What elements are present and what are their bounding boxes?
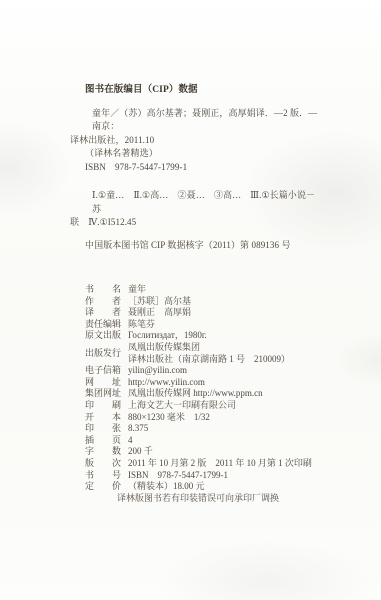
colophon-row: 电子信箱yilin@yilin.com <box>85 365 325 377</box>
colophon-value-line: （精装本）18.00 元 <box>128 481 205 493</box>
colophon-value-line: ISBN 978-7-5447-1799-1 <box>128 470 228 482</box>
cip-record-line-1: 童年／（苏）高尔基著；聂刚正，高厚娟译．—2 版．—南京： <box>92 107 318 134</box>
colophon-row-label: 网 址 <box>85 377 123 389</box>
colophon-value-line: 上海文艺大一印刷有限公司 <box>128 400 236 412</box>
colophon-value-line: 译林出版社（南京湖南路 1 号 210009） <box>128 354 290 366</box>
colophon-row-value: 200 千 <box>128 446 153 458</box>
colophon-row-value: 880×1230 毫米 1/32 <box>128 412 210 424</box>
colophon-row-value: ISBN 978-7-5447-1799-1 <box>128 470 228 482</box>
colophon-row-value: yilin@yilin.com <box>128 365 187 377</box>
colophon-row-label: 书 名 <box>85 284 123 296</box>
colophon-value-line: yilin@yilin.com <box>128 365 187 377</box>
colophon-row-label: 书 号 <box>85 470 123 482</box>
colophon-value-line: 880×1230 毫米 1/32 <box>128 412 210 424</box>
cip-series-line: （译林名著精选） <box>85 147 318 161</box>
colophon-row: 插 页4 <box>85 435 325 447</box>
colophon-value-line: 4 <box>128 435 133 447</box>
colophon-row-label: 印 刷 <box>85 400 123 412</box>
colophon-row: 印 刷上海文艺大一印刷有限公司 <box>85 400 325 412</box>
colophon-row-value: 上海文艺大一印刷有限公司 <box>128 400 236 412</box>
colophon-row-value: http://www.yilin.com <box>128 377 205 389</box>
colophon-value-line: 凤凰出版传媒集团 <box>128 342 290 354</box>
colophon-row-value: 陈笔芬 <box>128 319 155 331</box>
colophon-row-label: 译 者 <box>85 307 123 319</box>
colophon-row-value: 4 <box>128 435 133 447</box>
colophon-value-line: ［苏联］高尔基 <box>128 296 191 308</box>
colophon-row-value: 2011 年 10 月第 2 版 2011 年 10 月第 1 次印刷 <box>128 458 312 470</box>
colophon-row-label: 作 者 <box>85 296 123 308</box>
colophon-row-value: 8.375 <box>128 423 148 435</box>
colophon-row: 责任编辑陈笔芬 <box>85 319 325 331</box>
colophon-row: 开 本880×1230 毫米 1/32 <box>85 412 325 424</box>
colophon-row: 版 次2011 年 10 月第 2 版 2011 年 10 月第 1 次印刷 <box>85 458 325 470</box>
reprint-exchange-note: 译林版图书若有印装错误可向承印厂调换 <box>117 493 325 505</box>
colophon-row: 印 张8.375 <box>85 423 325 435</box>
cip-isbn-line: ISBN 978-7-5447-1799-1 <box>85 161 318 175</box>
colophon-row-label: 版 次 <box>85 458 123 470</box>
colophon-row-label: 出版发行 <box>85 348 123 360</box>
colophon-row: 译 者聂刚正 高厚娟 <box>85 307 325 319</box>
colophon-value-line: Гослитиздат，1980г. <box>128 330 207 342</box>
colophon-row-label: 字 数 <box>85 446 123 458</box>
colophon-row: 出版发行凤凰出版传媒集团译林出版社（南京湖南路 1 号 210009） <box>85 342 325 365</box>
colophon-row-label: 印 张 <box>85 423 123 435</box>
cip-heading: 图书在版编目（CIP）数据 <box>85 84 318 98</box>
colophon-row-value: （精装本）18.00 元 <box>128 481 205 493</box>
colophon-row: 书 名童年 <box>85 284 325 296</box>
colophon-row-label: 定 价 <box>85 481 123 493</box>
colophon-row-label: 集团网址 <box>85 388 123 400</box>
cip-registry-line: 中国版本图书馆 CIP 数据核字（2011）第 089136 号 <box>85 239 318 253</box>
colophon-row-label: 电子信箱 <box>85 365 123 377</box>
colophon-value-line: 陈笔芬 <box>128 319 155 331</box>
colophon-row: 集团网址凤凰出版传媒网 http://www.ppm.cn <box>85 388 325 400</box>
colophon-value-line: 凤凰出版传媒网 http://www.ppm.cn <box>128 388 263 400</box>
colophon-row: 书 号ISBN 978-7-5447-1799-1 <box>85 470 325 482</box>
colophon-row-value: 凤凰出版传媒网 http://www.ppm.cn <box>128 388 263 400</box>
colophon-row-value: Гослитиздат，1980г. <box>128 330 207 342</box>
colophon-row-value: 聂刚正 高厚娟 <box>128 307 191 319</box>
colophon-value-line: 8.375 <box>128 423 148 435</box>
cip-classification-line-2: 联 Ⅳ.①I512.45 <box>70 216 318 230</box>
colophon-value-line: 童年 <box>128 284 146 296</box>
colophon-row-label: 责任编辑 <box>85 319 123 331</box>
colophon-row-label: 开 本 <box>85 412 123 424</box>
colophon-row: 定 价（精装本）18.00 元 <box>85 481 325 493</box>
cip-classification-line-1: Ⅰ.①童… Ⅱ.①高… ②聂… ③高… Ⅲ.①长篇小说－苏 <box>92 189 318 216</box>
colophon-row: 作 者［苏联］高尔基 <box>85 296 325 308</box>
colophon-value-line: 200 千 <box>128 446 153 458</box>
colophon-value-line: 2011 年 10 月第 2 版 2011 年 10 月第 1 次印刷 <box>128 458 312 470</box>
colophon-row: 原文出版Гослитиздат，1980г. <box>85 330 325 342</box>
colophon-row-label: 插 页 <box>85 435 123 447</box>
colophon-table: 书 名童年作 者［苏联］高尔基译 者聂刚正 高厚娟责任编辑陈笔芬原文出版Госл… <box>85 284 325 505</box>
cip-data-block: 图书在版编目（CIP）数据 童年／（苏）高尔基著；聂刚正，高厚娟译．—2 版．—… <box>70 84 318 252</box>
colophon-value-line: http://www.yilin.com <box>128 377 205 389</box>
colophon-row: 字 数200 千 <box>85 446 325 458</box>
colophon-row-value: 童年 <box>128 284 146 296</box>
colophon-value-line: 聂刚正 高厚娟 <box>128 307 191 319</box>
colophon-row: 网 址http://www.yilin.com <box>85 377 325 389</box>
colophon-row-value: 凤凰出版传媒集团译林出版社（南京湖南路 1 号 210009） <box>128 342 290 365</box>
copyright-page: 图书在版编目（CIP）数据 童年／（苏）高尔基著；聂刚正，高厚娟译．—2 版．—… <box>0 0 381 600</box>
colophon-row-label: 原文出版 <box>85 330 123 342</box>
cip-record-line-2: 译林出版社，2011.10 <box>70 134 318 148</box>
colophon-row-value: ［苏联］高尔基 <box>128 296 191 308</box>
